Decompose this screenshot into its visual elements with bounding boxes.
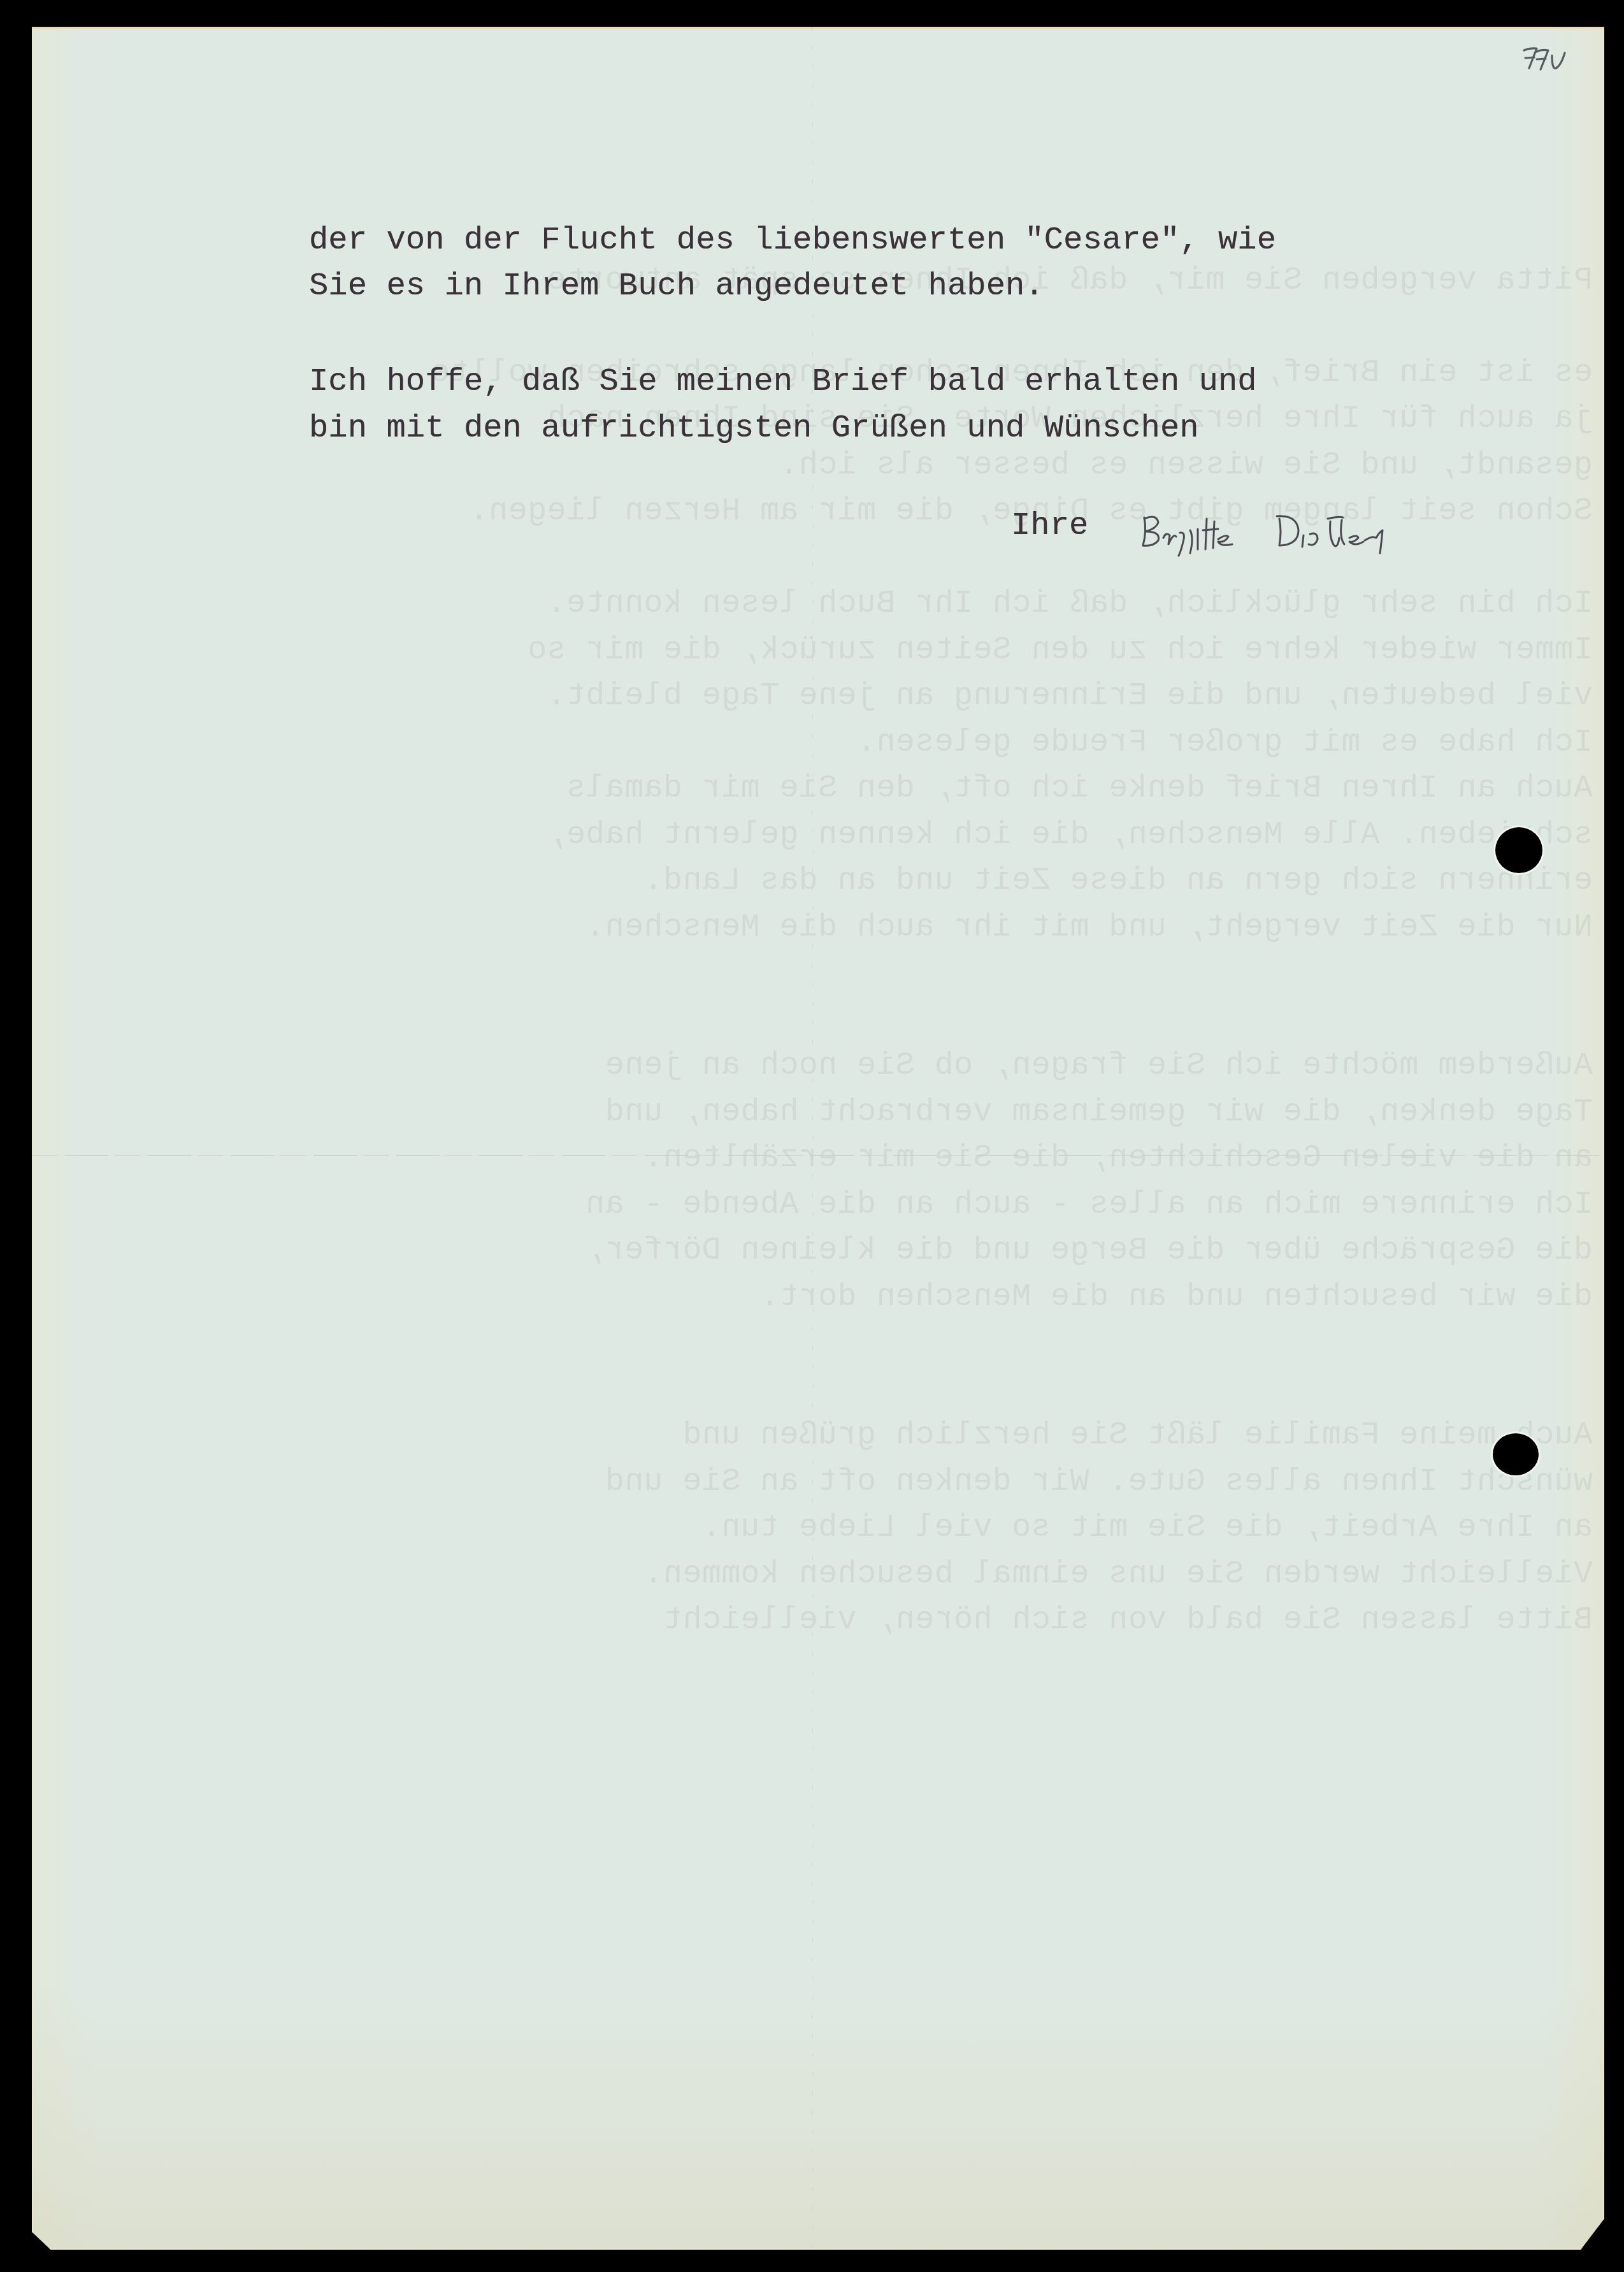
punch-hole-lower — [1493, 1433, 1539, 1475]
letter-page: Pitta vergeben Sie mir, daß ich Ihnen so… — [32, 27, 1604, 2250]
body-line-1: der von der Flucht des liebenswerten "Ce… — [309, 225, 1276, 257]
closing-salutation: Ihre — [1011, 510, 1088, 543]
signature: Brigitte Dörrlein (handwritten, partiall… — [1139, 500, 1445, 557]
body-line-2: Sie es in Ihrem Buch angedeutet haben. — [309, 271, 1044, 303]
punch-hole-upper — [1495, 827, 1542, 873]
vertical-fold-line — [812, 27, 813, 2250]
horizontal-fold-line — [32, 1155, 1604, 1156]
body-line-4: bin mit den aufrichtigsten Grüßen und Wü… — [309, 413, 1199, 445]
paper-top-edge — [32, 27, 1604, 29]
folio-number: 77v — [1523, 36, 1574, 71]
body-line-3: Ich hoffe, daß Sie meinen Brief bald erh… — [309, 366, 1257, 399]
